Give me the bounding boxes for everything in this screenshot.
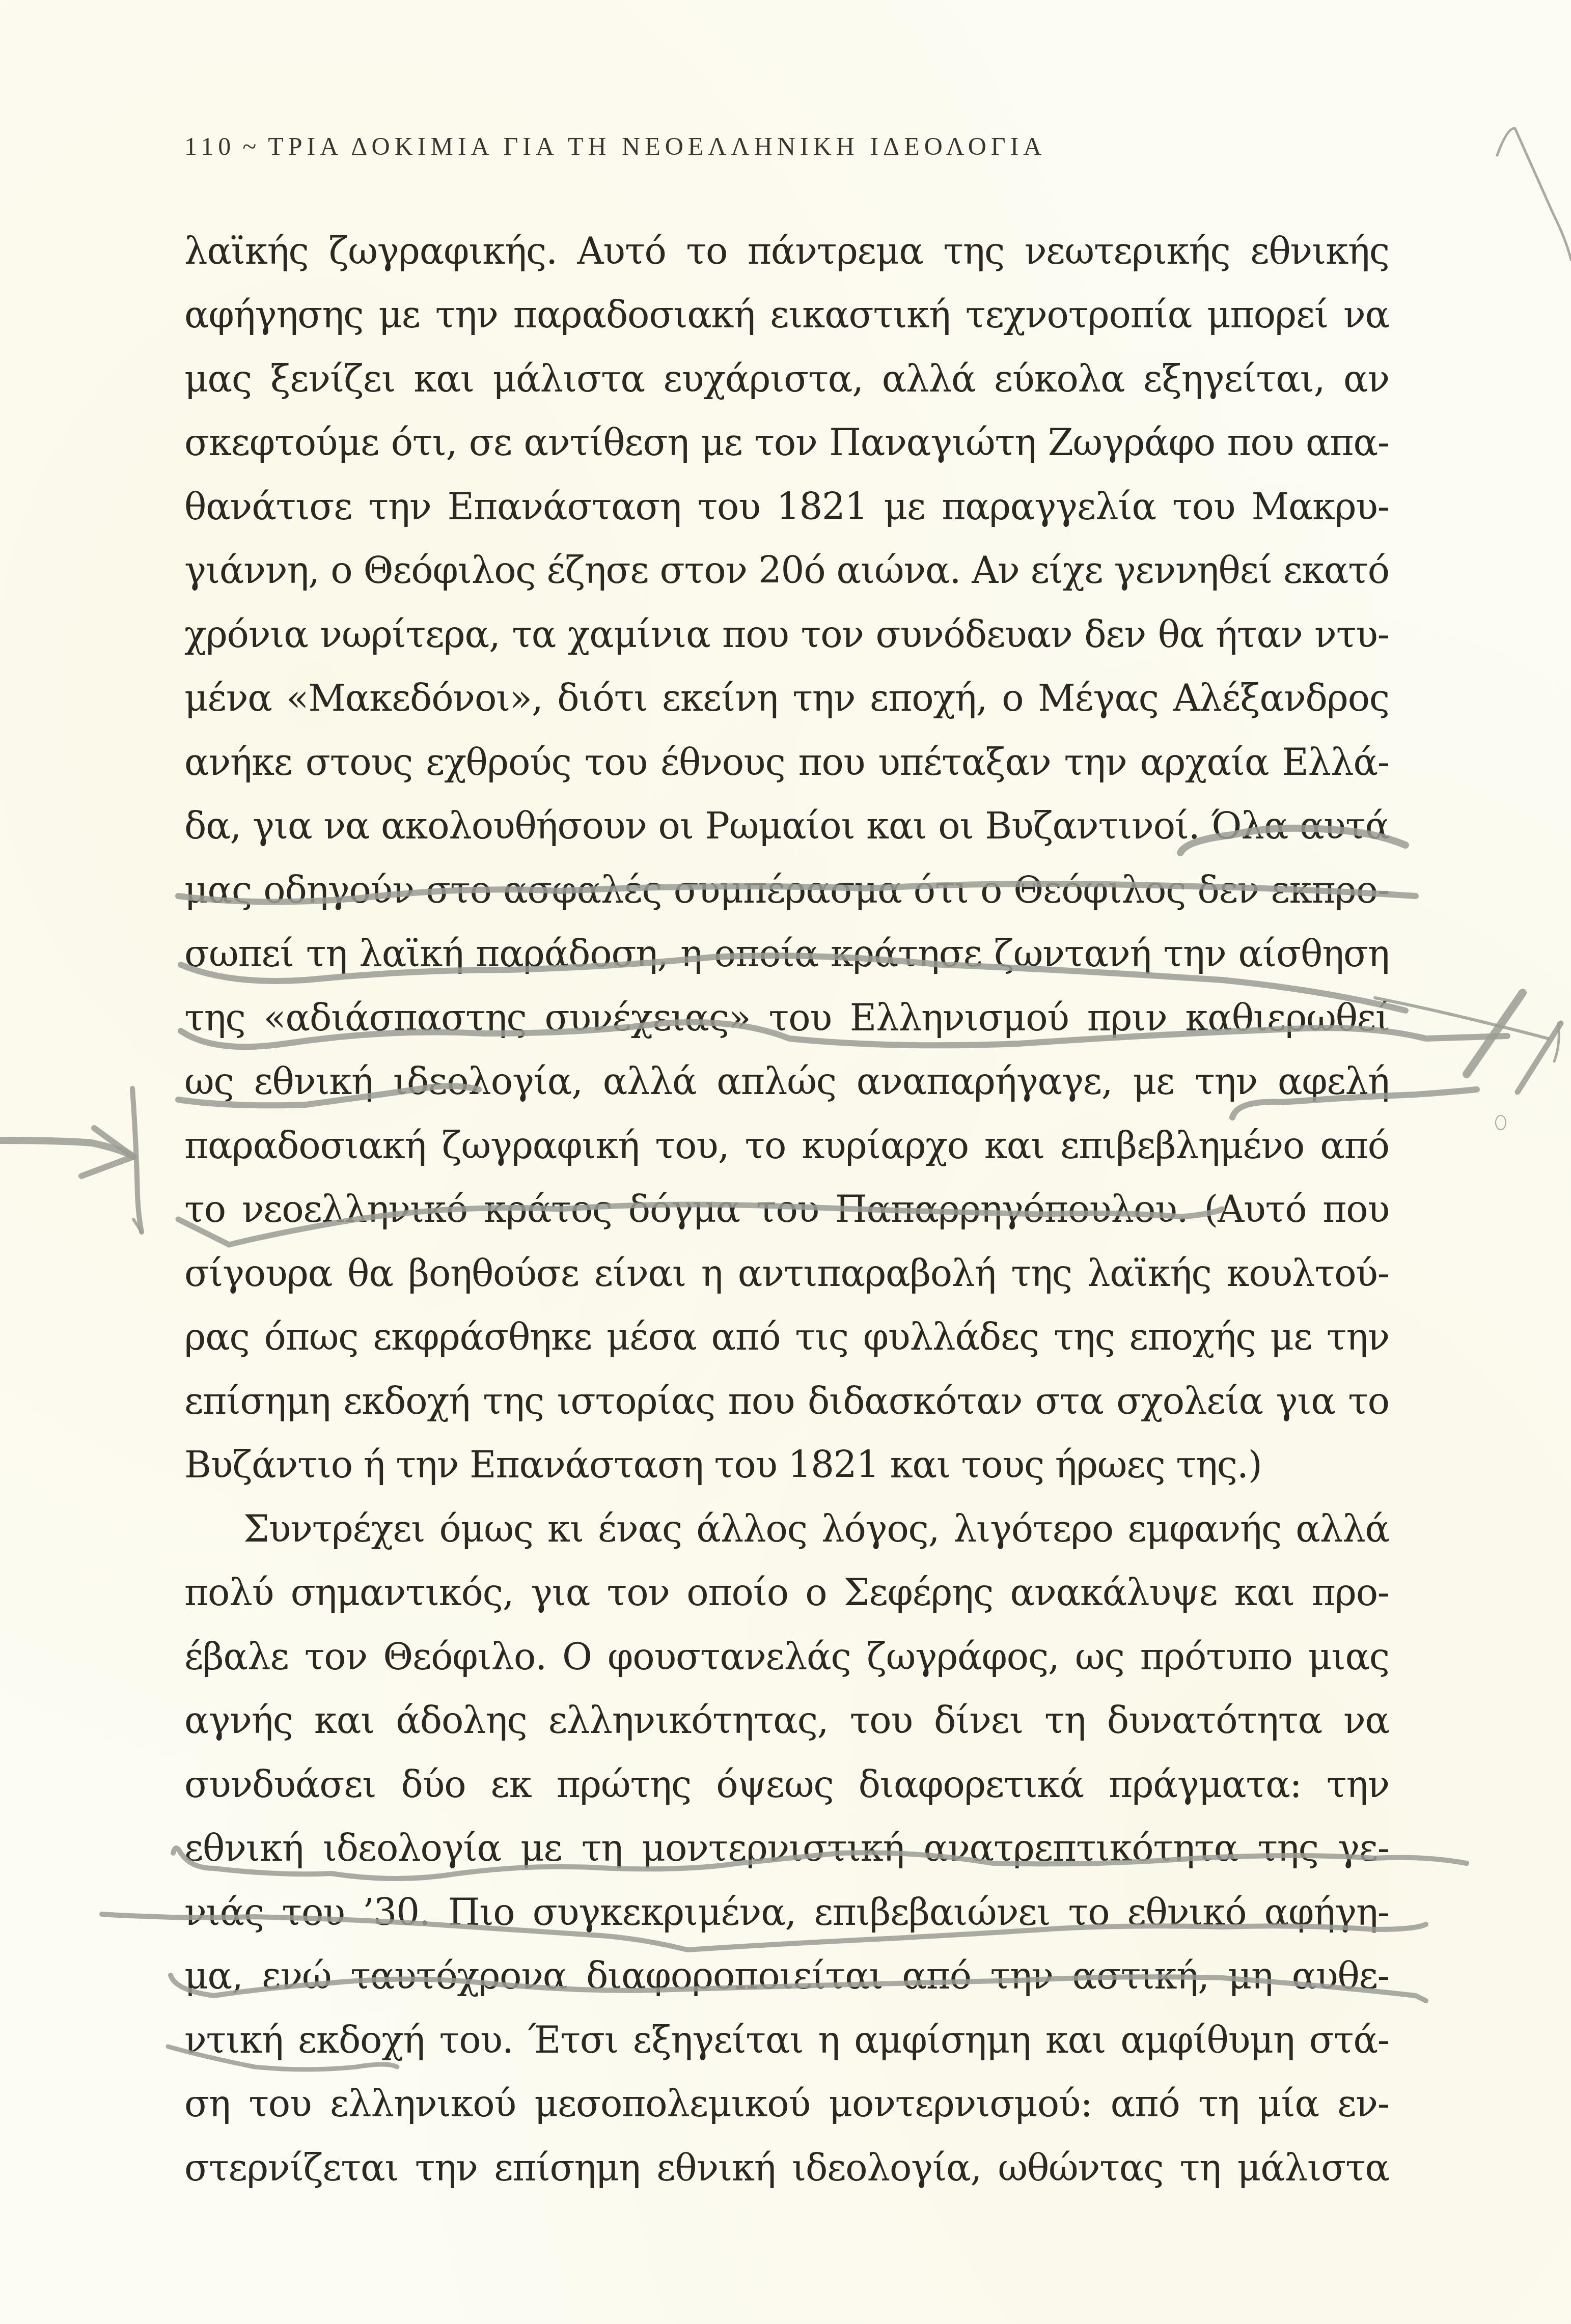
paragraph-start-line: Συντρέχει όμως κι ένας άλλος λόγος, λιγό… [243, 1497, 1389, 1561]
text-line: σίγουρα θα βοηθούσε είναι η αντιπαραβολή… [184, 1242, 1389, 1305]
text-line: ρας όπως εκφράσθηκε μέσα από τις φυλλάδε… [184, 1305, 1389, 1369]
margin-line-top-right [1497, 128, 1571, 260]
text-line: της «αδιάσπαστης συνέχειας» του Ελληνισμ… [184, 986, 1389, 1050]
paragraph-end-line: Βυζάντιο ή την Επανάσταση του 1821 και τ… [184, 1433, 1262, 1497]
running-title: ΤΡΙΑ ΔΟΚΙΜΙΑ ΓΙΑ ΤΗ ΝΕΟΕΛΛΗΝΙΚΗ ΙΔΕΟΛΟΓΙ… [268, 132, 1046, 160]
text-line: συνδυάσει δύο εκ πρώτης όψεως διαφορετικ… [184, 1753, 1389, 1816]
text-line: πολύ σημαντικός, για τον οποίο ο Σεφέρης… [184, 1561, 1389, 1625]
margin-arrow-left [0, 1088, 142, 1232]
text-line: αφήγησης με την παραδοσιακή εικαστική τε… [184, 283, 1389, 347]
text-line: σκεφτούμε ότι, σε αντίθεση με τον Παναγι… [184, 411, 1389, 474]
text-line: εθνική ιδεολογία με τη μοντερνιστική ανα… [184, 1816, 1389, 1880]
book-page: 110~ΤΡΙΑ ΔΟΚΙΜΙΑ ΓΙΑ ΤΗ ΝΕΟΕΛΛΗΝΙΚΗ ΙΔΕΟ… [0, 0, 1571, 2324]
text-line: ως εθνική ιδεολογία, αλλά απλώς αναπαρήγ… [184, 1050, 1389, 1113]
text-line: μας ξενίζει και μάλιστα ευχάριστα, αλλά … [184, 347, 1389, 411]
text-line: δα, για να ακολουθήσουν οι Ρωμαίοι και ο… [184, 794, 1389, 858]
text-line: χρόνια νωρίτερα, τα χαμίνια που τον συνό… [184, 603, 1389, 666]
text-line: στερνίζεται την επίσημη εθνική ιδεολογία… [184, 2136, 1389, 2200]
margin-exclamation-right [1375, 993, 1561, 1130]
text-line: νιάς του ’30. Πιο συγκεκριμένα, επιβεβαι… [184, 1881, 1389, 1944]
text-line: θανάτισε την Επανάσταση του 1821 με παρα… [184, 475, 1389, 539]
page-number: 110 [184, 132, 235, 160]
text-line: παραδοσιακή ζωγραφική του, το κυρίαρχο κ… [184, 1114, 1389, 1178]
text-line: μα, ενώ ταυτόχρονα διαφοροποιείται από τ… [184, 1944, 1389, 2008]
page-separator: ~ [235, 132, 268, 160]
text-line: αγνής και άδολης ελληνικότητας, του δίνε… [184, 1689, 1389, 1752]
text-line: λαϊκής ζωγραφικής. Αυτό το πάντρεμα της … [184, 219, 1389, 283]
running-head: 110~ΤΡΙΑ ΔΟΚΙΜΙΑ ΓΙΑ ΤΗ ΝΕΟΕΛΛΗΝΙΚΗ ΙΔΕΟ… [184, 131, 1046, 161]
text-line: έβαλε τον Θεόφιλο. Ο φουστανελάς ζωγράφο… [184, 1625, 1389, 1689]
text-line: γιάννη, ο Θεόφιλος έζησε στον 20ό αιώνα.… [184, 539, 1389, 602]
text-line: ντική εκδοχή του. Έτσι εξηγείται η αμφίσ… [184, 2008, 1389, 2072]
text-line: μένα «Μακεδόνοι», διότι εκείνη την εποχή… [184, 666, 1389, 730]
text-line: σωπεί τη λαϊκή παράδοση, η οποία κράτησε… [184, 922, 1389, 986]
text-line: επίσημη εκδοχή της ιστορίας που διδασκότ… [184, 1369, 1389, 1433]
text-line: μας οδηγούν στο ασφαλές συμπέρασμα ότι ο… [184, 858, 1389, 922]
text-line: το νεοελληνικό κράτος δόγμα του Παπαρρηγ… [184, 1178, 1389, 1241]
text-line: ανήκε στους εχθρούς του έθνους που υπέτα… [184, 731, 1389, 794]
text-line: ση του ελληνικού μεσοπολεμικού μοντερνισ… [184, 2072, 1389, 2136]
